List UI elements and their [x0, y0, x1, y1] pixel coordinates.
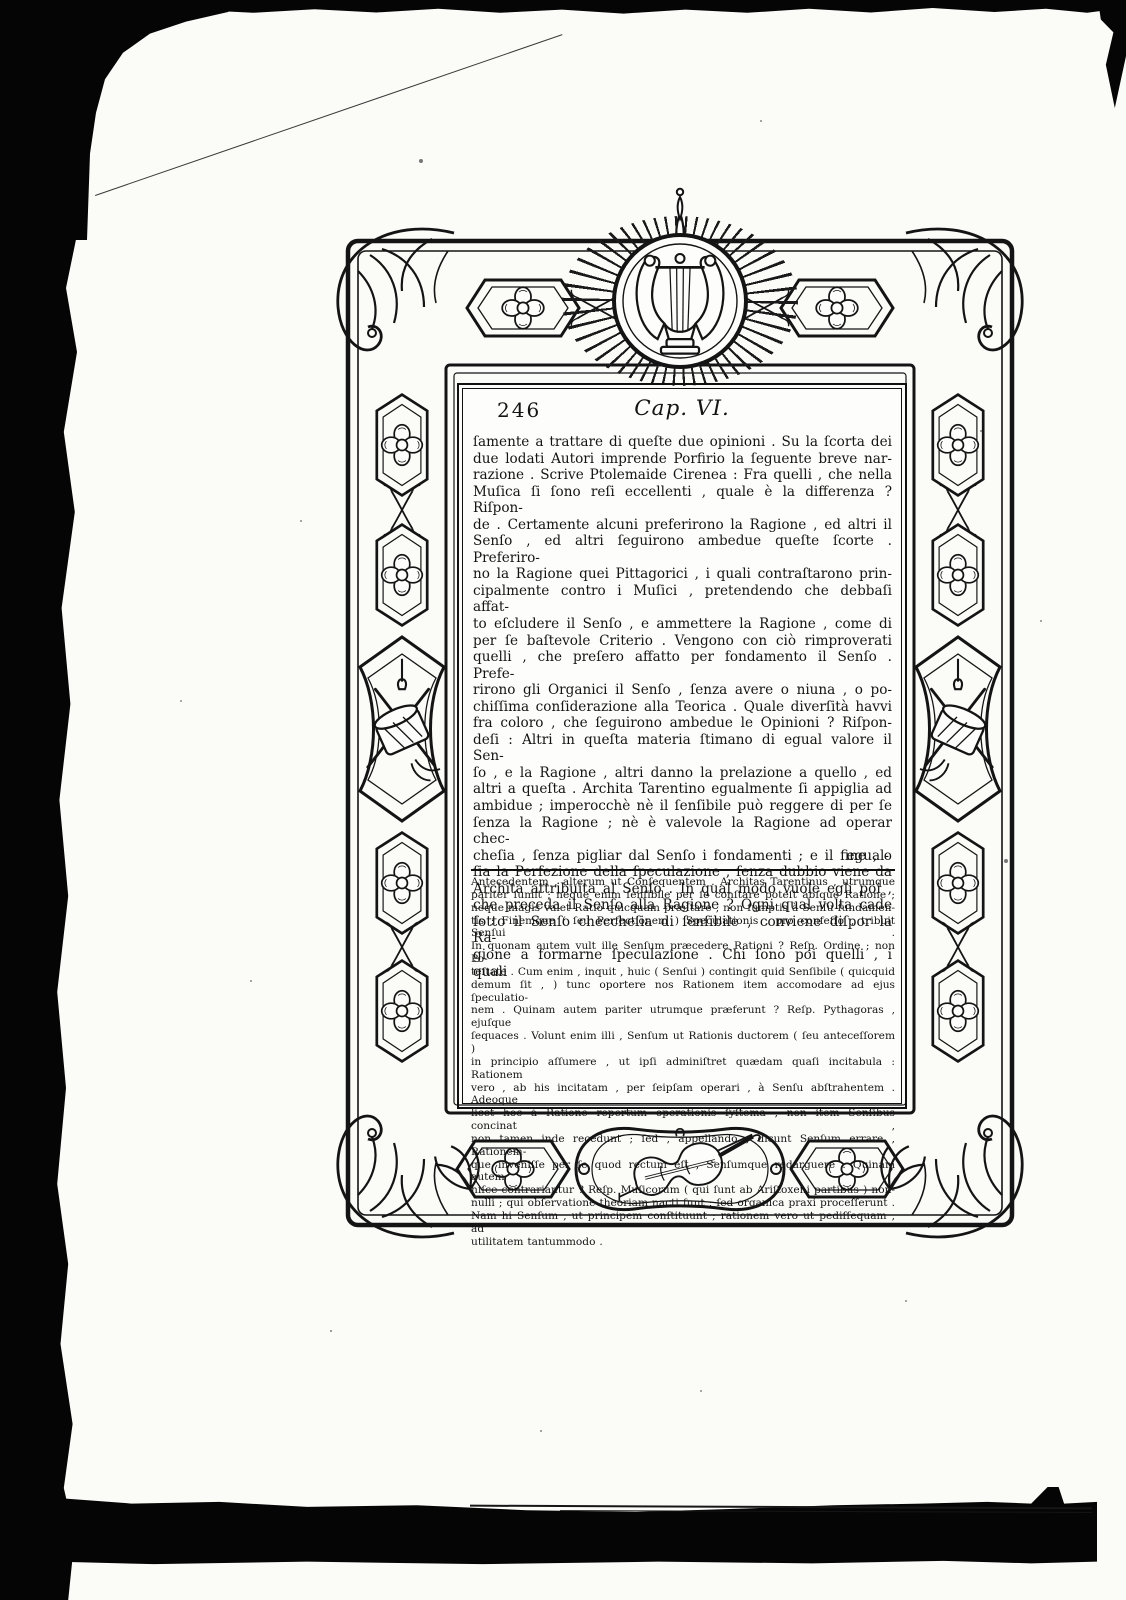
text-line: Nam hi Senſum , ut principem conſtituunt…	[471, 1210, 895, 1236]
footnote-rule	[471, 869, 895, 871]
x-strap-icon	[940, 922, 976, 971]
text-line: cipalmente contro i Muſici , pretendendo…	[473, 583, 892, 616]
text-line: rirono gli Organici il Senſo , ſenza ave…	[473, 682, 892, 699]
rosette-icon	[938, 425, 979, 466]
text-line: ſenza la Ragione ; nè è valevole la Ragi…	[473, 815, 892, 848]
text-line: In quonam autem vult ille Senſum præcede…	[471, 940, 895, 966]
text-line: que inveniſſe per ſe quod rectum eſt , S…	[471, 1159, 895, 1185]
corner-scroll-icon	[338, 1116, 454, 1237]
drum-icon	[920, 659, 992, 781]
text-line: ſo , e la Ragione , altri danno la prela…	[473, 765, 892, 782]
rosette-panel	[933, 961, 983, 1062]
page-header: 246 Cap. VI.	[463, 396, 901, 426]
rosette-icon	[382, 555, 423, 596]
text-line: fra coloro , che ſeguirono ambedue le Op…	[473, 715, 892, 732]
x-strap-icon	[384, 922, 420, 971]
rosette-icon	[382, 425, 423, 466]
footnote-text: Antecedentem , alterum ut Conſequentem .…	[471, 876, 895, 1248]
text-line: hiſce contrariantur ? Reſp. Muſicorum ( …	[471, 1184, 895, 1197]
scan-edge-top-left	[0, 0, 300, 240]
rosette-icon	[938, 863, 979, 904]
drum-panel	[360, 637, 444, 821]
text-frame: 246 Cap. VI. ſamente a trattare di queſt…	[462, 388, 902, 1104]
text-line: razione . Scrive Ptolemaide Cirenea : Fr…	[473, 467, 892, 484]
scan-edge-left	[0, 0, 110, 1600]
text-line: chiſſima conſiderazione alla Teorica . Q…	[473, 699, 892, 716]
corner-scroll-icon	[338, 229, 454, 350]
text-line: tis ; Finemque ( ſeu Perfectionem ) Spec…	[471, 915, 895, 941]
text-line: altri a queſta . Archita Tarentino egual…	[473, 781, 892, 798]
scan-speckles	[0, 0, 2, 2]
rosette-panel	[377, 833, 427, 934]
rosette-panel	[933, 525, 983, 626]
rosette-icon	[816, 287, 858, 329]
text-line: Senſo , ed altri ſeguirono ambedue queſt…	[473, 533, 892, 566]
corner-scroll-icon	[906, 1116, 1022, 1237]
scan-edge-top	[88, 0, 1118, 16]
text-line: de . Certamente alcuni preferirono la Ra…	[473, 517, 892, 534]
rosette-icon	[382, 863, 423, 904]
text-line: Muſica ſi ſono reſi eccellenti , quale è…	[473, 484, 892, 517]
rosette-icon	[938, 555, 979, 596]
text-line: teſtate . Cum enim , inquit , huic ( Sen…	[471, 966, 895, 979]
text-line: cheſia , ſenza pigliar dal Senſo i fonda…	[473, 848, 892, 865]
text-line: licet hoc à Ratione repertum operationis…	[471, 1107, 895, 1133]
text-line: utilitatem tantummodo .	[471, 1236, 895, 1249]
text-line: demum ſit , ) tunc oportere nos Rationem…	[471, 979, 895, 1005]
text-line: deſi : Altri in queſta materia ſtimano d…	[473, 732, 892, 765]
text-line: Antecedentem , alterum ut Conſequentem .…	[471, 876, 895, 889]
text-line: quelli , che preſero affatto per fondame…	[473, 649, 892, 682]
text-line: nem . Quinam autem pariter utrumque præf…	[471, 1004, 895, 1030]
rosette-icon	[502, 287, 544, 329]
rosette-icon	[382, 991, 423, 1032]
catchword: egual-	[846, 848, 889, 864]
x-strap-icon	[940, 485, 976, 534]
corner-scroll-icon	[906, 229, 1022, 350]
text-line: pariter ſumit ; neque enim ſenſibile per…	[471, 889, 895, 902]
rosette-panel	[781, 280, 893, 336]
rosette-panel	[933, 395, 983, 496]
text-line: vero , ab his incitatam , per ſeipſam op…	[471, 1082, 895, 1108]
text-line: neque magis valet Ratio quicquam præſtar…	[471, 902, 895, 915]
rosette-panel	[933, 833, 983, 934]
text-line: to eſcludere il Senſo , e ammettere la R…	[473, 616, 892, 633]
scan-edge-bottom	[0, 1482, 1097, 1565]
scanned-book-page: 246 Cap. VI. ſamente a trattare di queſt…	[0, 0, 1126, 1600]
text-line: non tamen inde recedunt ; ſed , appellan…	[471, 1133, 895, 1159]
paper-crease-line	[95, 34, 563, 196]
text-line: per ſe baſtevole Criterio . Vengono con …	[473, 633, 892, 650]
scan-edge-top-right	[1098, 0, 1126, 108]
sunburst-rays-icon	[562, 216, 798, 386]
rosette-panel	[377, 395, 427, 496]
text-line: no la Ragione quei Pittagorici , i quali…	[473, 566, 892, 583]
x-strap-icon	[384, 485, 420, 534]
text-line: due lodati Autori imprende Porfirio la ſ…	[473, 451, 892, 468]
rosette-icon	[938, 991, 979, 1032]
chapter-heading: Cap. VI.	[463, 396, 901, 421]
text-line: ſamente a trattare di queſte due opinion…	[473, 434, 892, 451]
rosette-panel	[377, 961, 427, 1062]
rosette-panel	[377, 525, 427, 626]
text-line: ambidue ; imperocchè nè il ſenſibile può…	[473, 798, 892, 815]
text-line: in principio aſſumere , ut ipſi adminiſt…	[471, 1056, 895, 1082]
text-line: ſequaces . Volunt enim illi , Senſum ut …	[471, 1030, 895, 1056]
drum-icon	[368, 659, 440, 781]
drum-panel	[916, 637, 1000, 821]
text-line: nulli ; qui obſervatione theoriam nacti …	[471, 1197, 895, 1210]
